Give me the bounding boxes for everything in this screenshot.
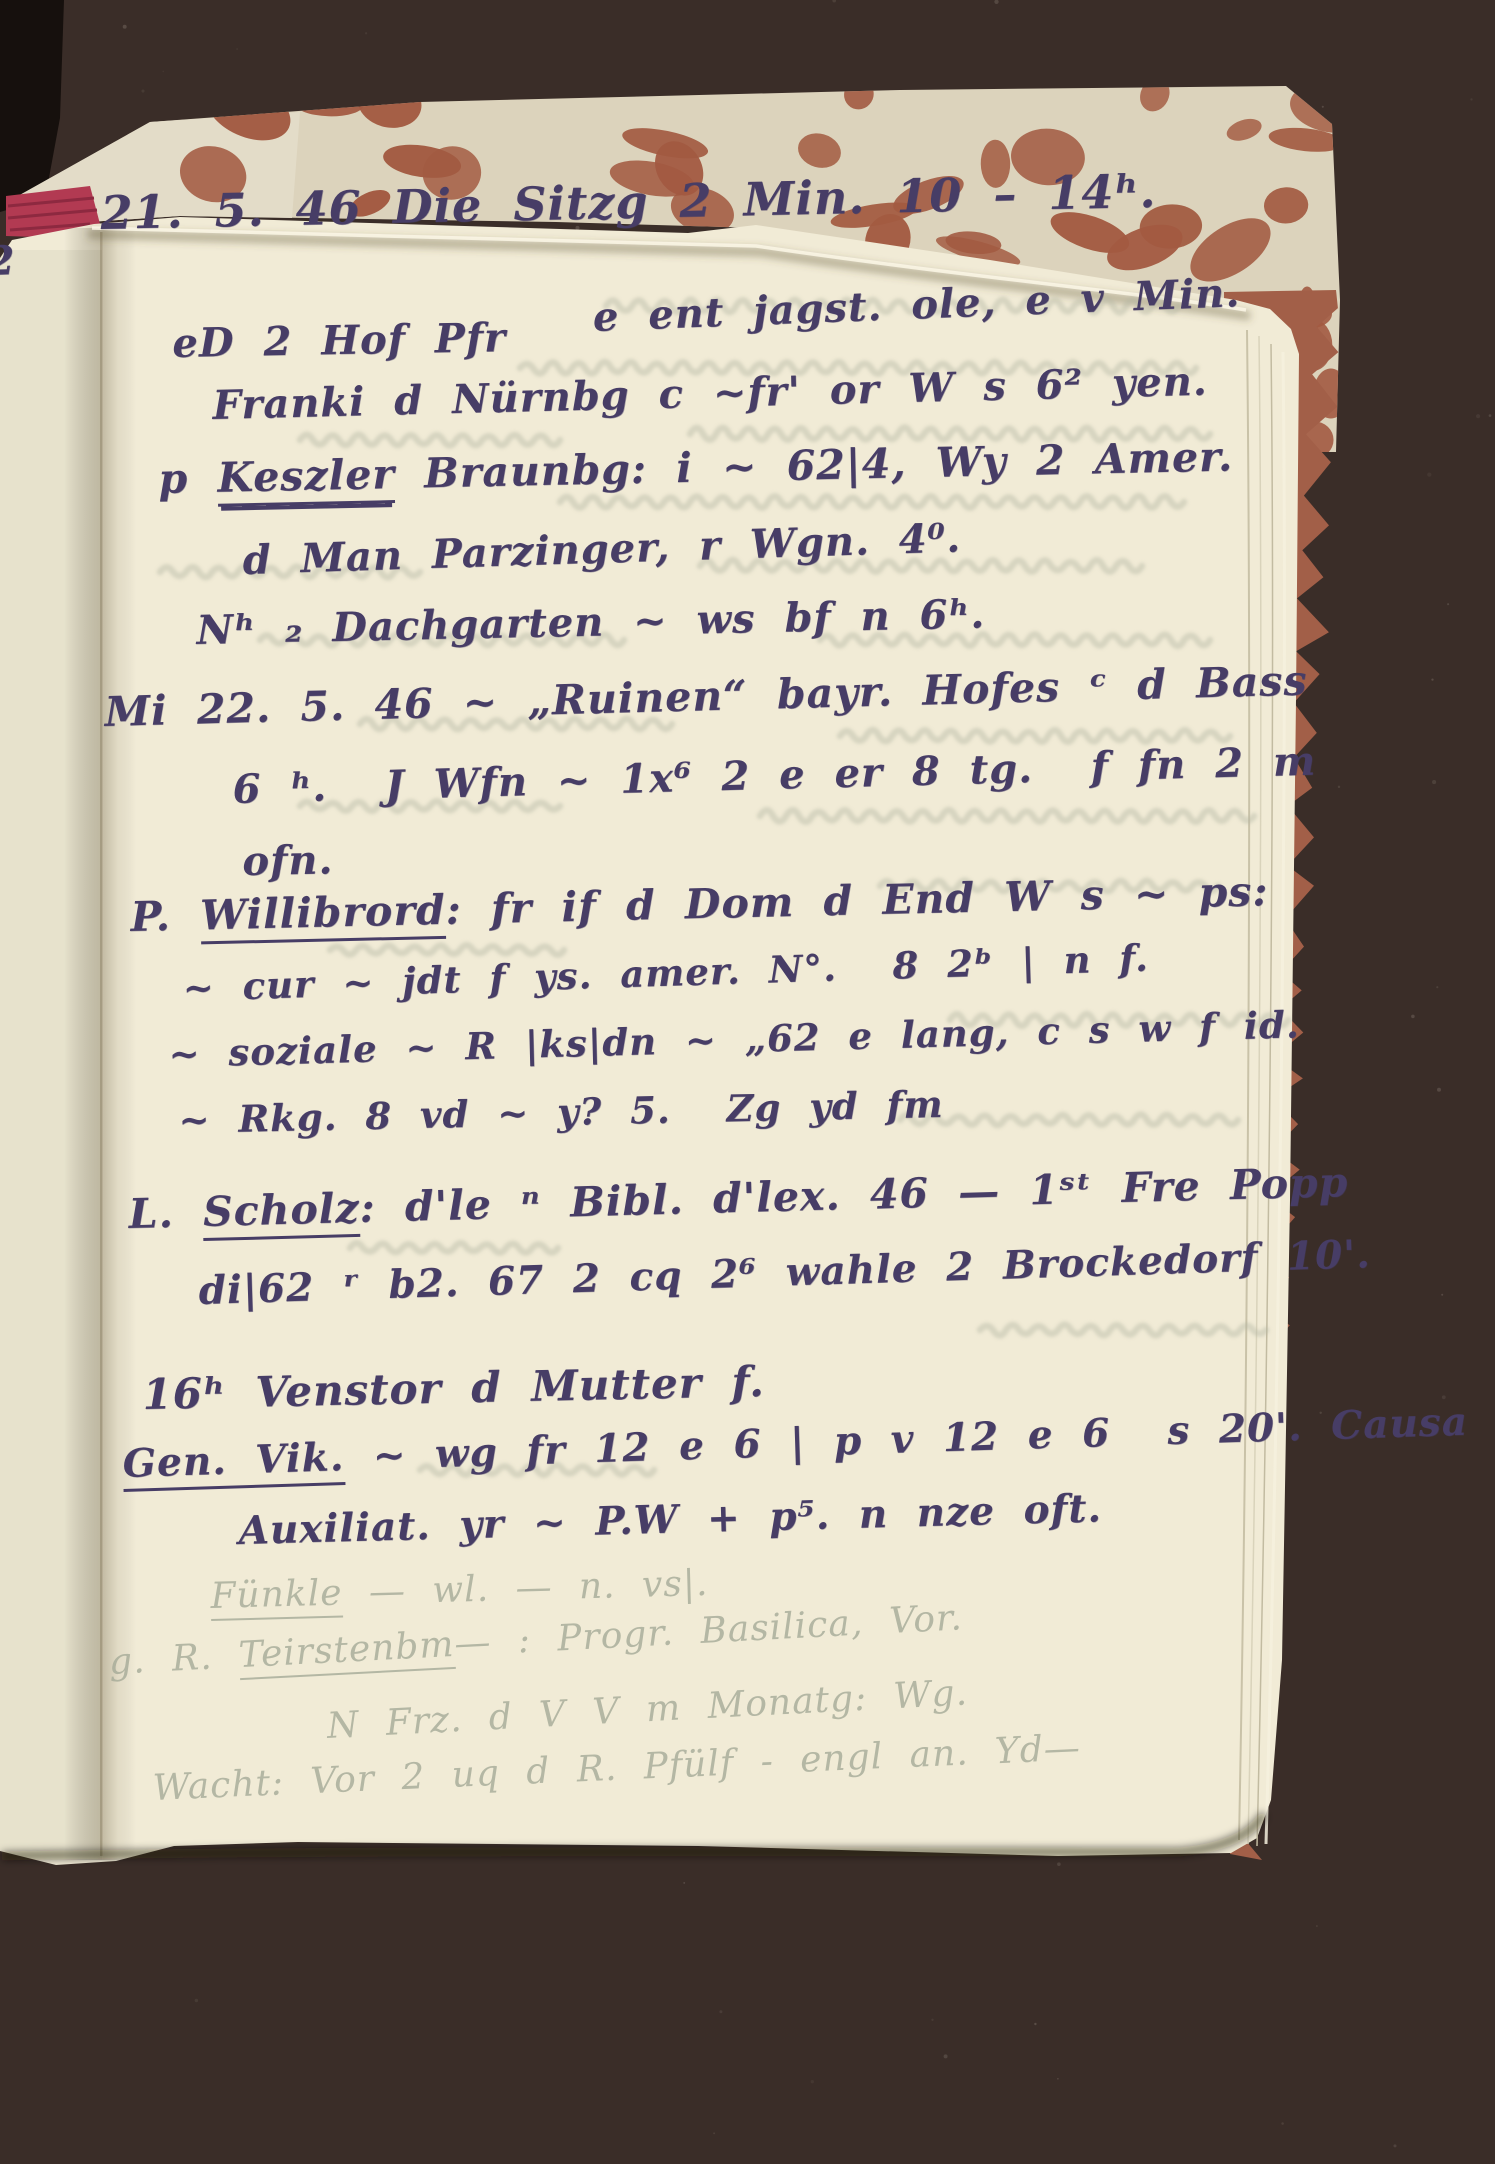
diary-line: 16ʰ Venstor d Mutter f. [142,1357,765,1419]
diary-line: ~ soziale ~ R |ks|dn ~ „62 e lang, c s w… [168,1002,1300,1076]
diary-photo: 21. 5. 46 Die Sitzg 2 Min. 10 – 14ʰ. eD … [0,0,1495,2164]
bleed-through-line: Fünkle — wl. — n. vs|. [210,1563,709,1617]
bleed-through-line: Wacht: Vor 2 uq d R. Pfülf - engl an. Yd… [152,1727,1082,1808]
diary-line: ~ cur ~ jdt f ys. amer. N°. 8 2ᵇ | n f. [182,936,1149,1010]
diary-line: d Man Parzinger, r Wgn. 4⁰. [242,514,962,584]
entry-date-line: 21. 5. 46 Die Sitzg 2 Min. 10 – 14ʰ. [100,164,1157,240]
entry-date-line: Mi 22. 5. 46 ~ „Ruinen“ bayr. Hofes ᶜ d … [104,657,1308,736]
diary-line: ofn. [242,836,334,885]
diary-line: eD 2 Hof Pfr [172,314,507,367]
handwriting-layer: 21. 5. 46 Die Sitzg 2 Min. 10 – 14ʰ. eD … [0,0,1495,2164]
name-heading-line: p Keszler Braunbg: i ~ 62|4, Wy 2 Amer. [158,432,1234,502]
diary-line: Nʰ ₂ Dachgarten ~ ws bf n 6ʰ. [196,590,986,654]
diary-line: ~ Rkg. 8 vd ~ y? 5. Zg yd fm [178,1082,944,1142]
diary-line: di|62 ʳ b2. 67 2 cq 2⁶ wahle 2 Brockedor… [198,1231,1371,1314]
diary-line: Franki d Nürnbg c ~fr' or W s 6² yen. [212,358,1208,429]
diary-line: 6 ʰ. J Wfn ~ 1x⁶ 2 e er 8 tg. f fn 2 m [232,738,1317,813]
diary-line: Auxiliat. yr ~ P.W + p⁵. n nze oft. [238,1485,1103,1554]
name-heading-line: L. Scholz: d'le ⁿ Bibl. d'lex. 46 — 1ˢᵗ … [128,1158,1349,1238]
diary-line: e ent jagst. ole, e v Min. [592,269,1241,341]
cut-off-ink-fragment: 2 [0,237,16,285]
